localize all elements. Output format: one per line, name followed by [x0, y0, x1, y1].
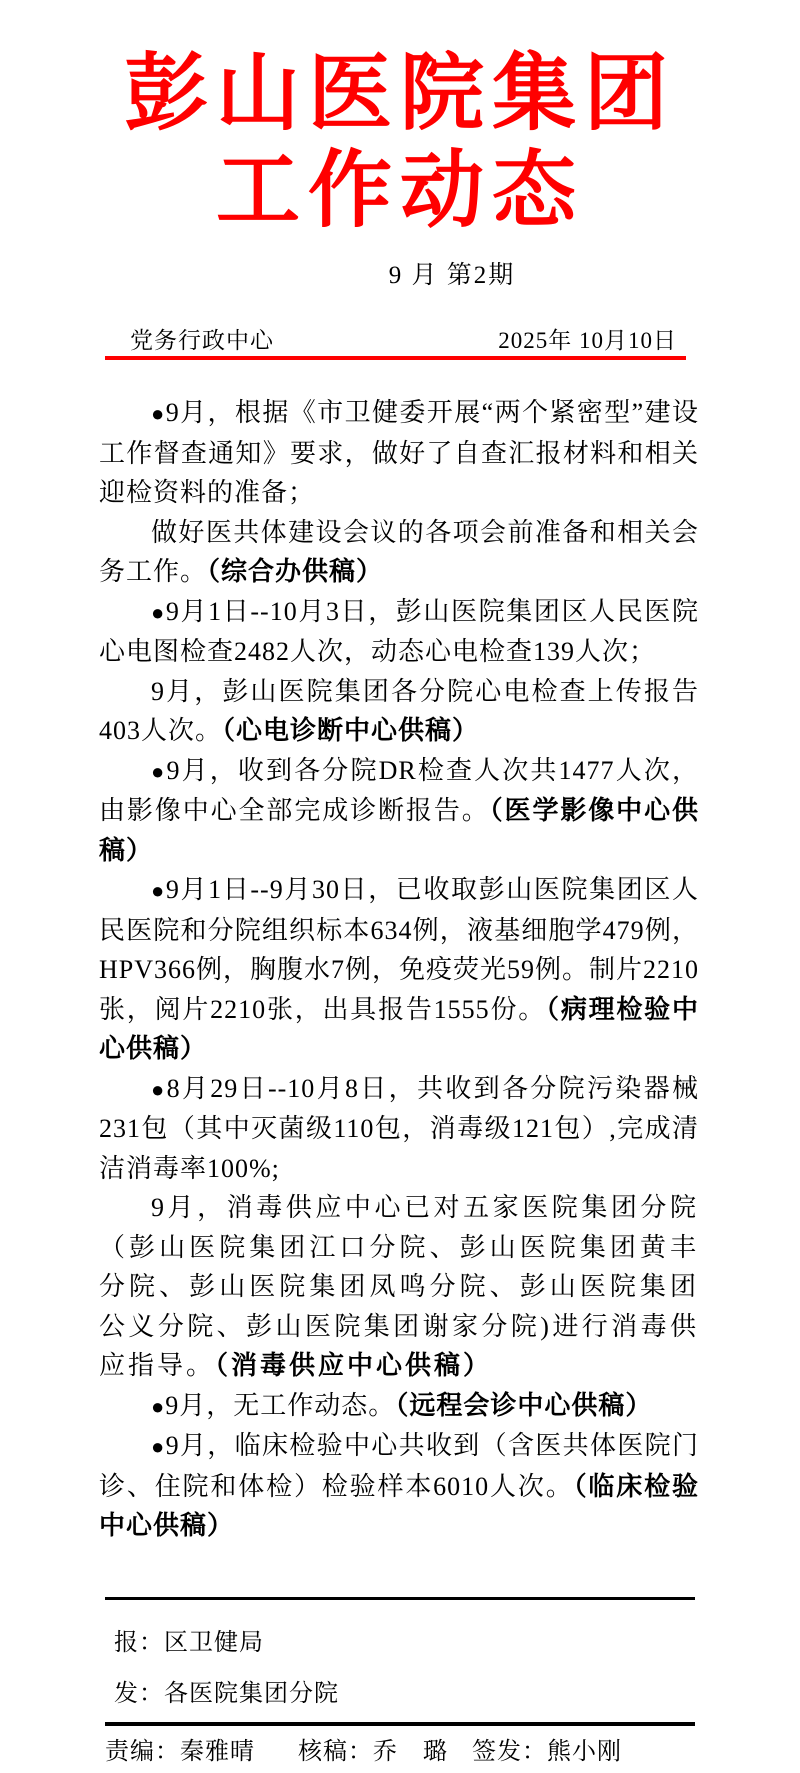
- issue-number: 9 月 第2期: [0, 260, 800, 292]
- paragraph-text: 8月29日--10月8日，共收到各分院污染器械231包（其中灭菌级110包，消毒…: [99, 1074, 699, 1183]
- issuer-label: 签发：: [472, 1738, 547, 1765]
- editor-in-charge: 责编：秦雅晴: [105, 1736, 255, 1768]
- bullet-icon: ●: [151, 1394, 165, 1419]
- contributor-credit: （心电诊断中心供稿）: [222, 716, 479, 745]
- report-to-label: 报：: [114, 1629, 164, 1656]
- report-to-value: 区卫健局: [164, 1629, 264, 1656]
- editor-in-charge-name: 秦雅晴: [180, 1738, 255, 1765]
- editors-row: 责编：秦雅晴 核稿：乔 璐 签发：熊小刚: [105, 1736, 695, 1770]
- document-title: 彭山医院集团 工作动态: [0, 46, 800, 240]
- bullet-icon: ●: [151, 1077, 167, 1102]
- distribute-to-value: 各医院集团分院: [164, 1680, 339, 1707]
- body-paragraph: ●9月，根据《市卫健委开展“两个紧密型”建设工作督查通知》要求，做好了自查汇报材…: [99, 393, 699, 513]
- reviewer: 核稿：乔 璐: [298, 1736, 448, 1768]
- contributor-credit: （综合办供稿）: [207, 557, 383, 586]
- paragraph-text: 9月1日--10月3日，彭山医院集团区人民医院心电图检查2482人次，动态心电检…: [99, 597, 699, 667]
- contributor-credit: （消毒供应中心供稿）: [215, 1351, 492, 1380]
- reviewer-name: 乔 璐: [373, 1738, 448, 1765]
- body-paragraph: ●9月，临床检验中心共收到（含医共体医院门诊、住院和体检）检验样本6010人次。…: [99, 1426, 699, 1546]
- distribute-to-row: 发：各医院集团分院: [114, 1678, 339, 1710]
- paragraph-text: 9月，无工作动态。: [165, 1391, 395, 1420]
- body-paragraph: 9月，彭山医院集团各分院心电检查上传报告403人次。（心电诊断中心供稿）: [99, 672, 699, 751]
- issuer-name: 熊小刚: [547, 1738, 622, 1765]
- body-paragraph: 做好医共体建设会议的各项会前准备和相关会务工作。（综合办供稿）: [99, 513, 699, 592]
- title-line-2: 工作动态: [0, 143, 800, 240]
- report-to-row: 报：区卫健局: [114, 1627, 264, 1659]
- issuing-department: 党务行政中心: [130, 327, 274, 355]
- body-paragraph: ●9月1日--10月3日，彭山医院集团区人民医院心电图检查2482人次，动态心电…: [99, 592, 699, 672]
- bullet-icon: ●: [151, 401, 166, 426]
- contributor-credit: （远程会诊中心供稿）: [395, 1391, 652, 1420]
- footer-bottom-rule: [105, 1722, 695, 1726]
- bullet-icon: ●: [151, 759, 166, 784]
- body-paragraph: ●8月29日--10月8日，共收到各分院污染器械231包（其中灭菌级110包，消…: [99, 1069, 699, 1189]
- paragraph-text: 做好医共体建设会议的各项会前准备和相关会务工作。: [99, 518, 699, 587]
- editor-in-charge-label: 责编：: [105, 1738, 180, 1765]
- bullet-icon: ●: [151, 878, 166, 903]
- body-paragraph: ●9月，无工作动态。（远程会诊中心供稿）: [99, 1386, 699, 1427]
- paragraph-text: 9月，根据《市卫健委开展“两个紧密型”建设工作督查通知》要求，做好了自查汇报材料…: [99, 398, 699, 507]
- bulletin-page: 彭山医院集团 工作动态 9 月 第2期 党务行政中心 2025年 10月10日 …: [0, 0, 800, 1773]
- title-line-1: 彭山医院集团: [0, 46, 800, 143]
- bullet-icon: ●: [151, 1434, 166, 1459]
- issuer: 签发：熊小刚: [472, 1736, 622, 1768]
- masthead-row: 党务行政中心 2025年 10月10日: [130, 327, 677, 355]
- bulletin-body: ●9月，根据《市卫健委开展“两个紧密型”建设工作督查通知》要求，做好了自查汇报材…: [99, 393, 699, 1546]
- issue-date: 2025年 10月10日: [498, 327, 677, 355]
- reviewer-label: 核稿：: [298, 1738, 373, 1765]
- footer-top-rule: [105, 1597, 695, 1600]
- body-paragraph: ●9月，收到各分院DR检查人次共1477人次，由影像中心全部完成诊断报告。（医学…: [99, 751, 699, 871]
- bullet-icon: ●: [151, 600, 166, 625]
- masthead-red-rule: [105, 356, 686, 360]
- body-paragraph: ●9月1日--9月30日，已收取彭山医院集团区人民医院和分院组织标本634例，液…: [99, 870, 699, 1069]
- distribute-to-label: 发：: [114, 1680, 164, 1707]
- body-paragraph: 9月，消毒供应中心已对五家医院集团分院（彭山医院集团江口分院、彭山医院集团黄丰分…: [99, 1188, 699, 1386]
